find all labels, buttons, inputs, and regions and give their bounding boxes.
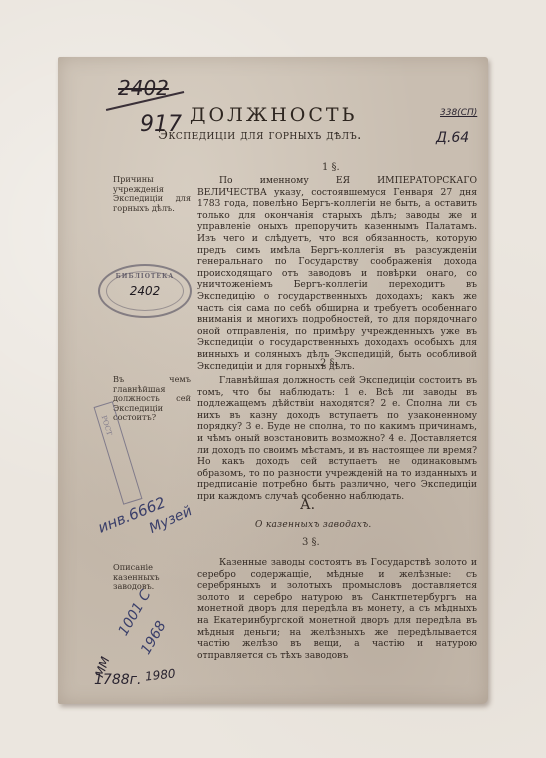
subsection-heading: О казенныхъ заводахъ.: [255, 520, 372, 530]
document-title: ДОЛЖНОСТЬ: [190, 104, 357, 126]
library-stamp-label: БИБЛІОТЕКА: [100, 273, 190, 280]
handwritten-year: 1788г.: [94, 672, 141, 688]
section-2-text: Главнѣйшая должность сей Экспедиціи сост…: [197, 375, 477, 503]
section-3-number: 3 §.: [302, 537, 320, 548]
section-2-number: 2 §.: [320, 358, 338, 369]
side-stamp-text: РОСТ: [100, 414, 114, 436]
document-subtitle: Экспедиціи для горныхъ дѣлъ.: [158, 128, 362, 143]
library-stamp-number: 2402: [100, 284, 190, 298]
section-3-text: Казенные заводы состоятъ въ Государствѣ …: [197, 557, 477, 661]
section-2-margin-note: Въ чемъ главнѣйшая должность сей Экспеди…: [113, 375, 191, 423]
section-3-margin-note: Описаніе казенныхъ заводовъ.: [113, 563, 191, 592]
subsection-letter: А.: [300, 497, 315, 513]
handwritten-code-top-right: Д.64: [436, 130, 469, 146]
section-2-paragraph: Главнѣйшая должность сей Экспедиціи сост…: [197, 375, 477, 503]
section-1-paragraph: По именному ЕЯ ИМПЕРАТОРСКАГО ВЕЛИЧЕСТВА…: [197, 175, 477, 372]
section-3-paragraph: Казенные заводы состоятъ въ Государствѣ …: [197, 557, 477, 661]
section-1-number: 1 §.: [322, 162, 340, 173]
handwritten-ref-top-right: 338(СП): [440, 108, 477, 118]
section-1-text: По именному ЕЯ ИМПЕРАТОРСКАГО ВЕЛИЧЕСТВА…: [197, 175, 477, 372]
library-stamp: БИБЛІОТЕКА 2402: [98, 264, 192, 318]
section-1-margin-note: Причины учрежденія Экспедиціи для горных…: [113, 175, 191, 213]
